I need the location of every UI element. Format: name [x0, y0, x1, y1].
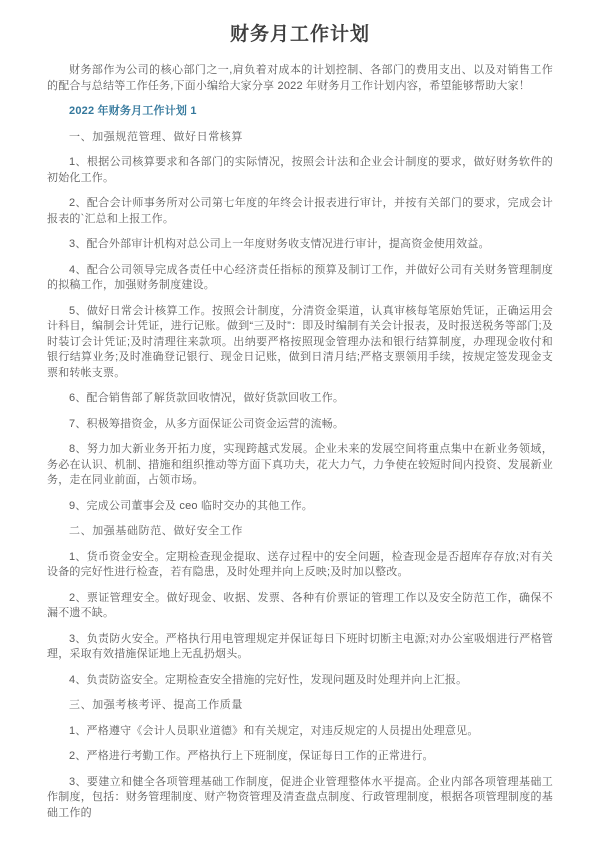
plan-item: 6、配合销售部了解货款回收情况，做好货款回收工作。 — [47, 391, 553, 407]
document-page: 财务月工作计划 财务部作为公司的核心部门之一,肩负着对成本的计划控制、各部门的费… — [0, 0, 600, 849]
plan-item: 2、票证管理安全。做好现金、收据、发票、各种有价票证的管理工作以及安全防范工作，… — [47, 591, 553, 622]
plan-item: 3、配合外部审计机构对总公司上一年度财务收支情况进行审计，提高资金使用效益。 — [47, 237, 553, 253]
plan-item: 2、配合会计师事务所对公司第七年度的年终会计报表进行审计，并按有关部门的要求，完… — [47, 196, 553, 227]
plan-item: 4、配合公司领导完成各责任中心经济责任指标的预算及制订工作，并做好公司有关财务管… — [47, 263, 553, 294]
plan-item: 1、货币资金安全。定期检查现金提取、送存过程中的安全问题，检查现金是否超库存存放… — [47, 550, 553, 581]
section-heading-1: 一、加强规范管理、做好日常核算 — [47, 130, 553, 146]
plan-item: 1、严格遵守《会计人员职业道德》和有关规定，对违反规定的人员提出处理意见。 — [47, 724, 553, 740]
plan-item: 3、负责防火安全。严格执行用电管理规定并保证每日下班时切断主电源;对办公室吸烟进… — [47, 632, 553, 663]
plan-item: 4、负责防盗安全。定期检查安全措施的完好性，发现问题及时处理并向上汇报。 — [47, 673, 553, 689]
plan-item: 2、严格进行考勤工作。严格执行上下班制度，保证每日工作的正常进行。 — [47, 749, 553, 765]
intro-paragraph: 财务部作为公司的核心部门之一,肩负着对成本的计划控制、各部门的费用支出、以及对销… — [47, 63, 553, 94]
section-heading-3: 三、加强考核考评、提高工作质量 — [47, 698, 553, 714]
plan-item: 7、积极筹措资金，从多方面保证公司资金运营的流畅。 — [47, 417, 553, 433]
plan-item: 3、要建立和健全各项管理基础工作制度，促进企业管理整体水平提高。企业内部各项管理… — [47, 775, 553, 822]
plan-subtitle: 2022 年财务月工作计划 1 — [47, 104, 553, 120]
plan-item: 8、努力加大新业务开拓力度，实现跨越式发展。企业未来的发展空间将重点集中在新业务… — [47, 442, 553, 489]
plan-item: 1、根据公司核算要求和各部门的实际情况，按照会计法和企业会计制度的要求，做好财务… — [47, 155, 553, 186]
plan-item: 5、做好日常会计核算工作。按照会计制度，分清资金渠道，认真审核每笔原始凭证，正确… — [47, 304, 553, 382]
page-title: 财务月工作计划 — [47, 22, 553, 48]
section-heading-2: 二、加强基础防范、做好安全工作 — [47, 524, 553, 540]
plan-item: 9、完成公司董事会及 ceo 临时交办的其他工作。 — [47, 499, 553, 515]
